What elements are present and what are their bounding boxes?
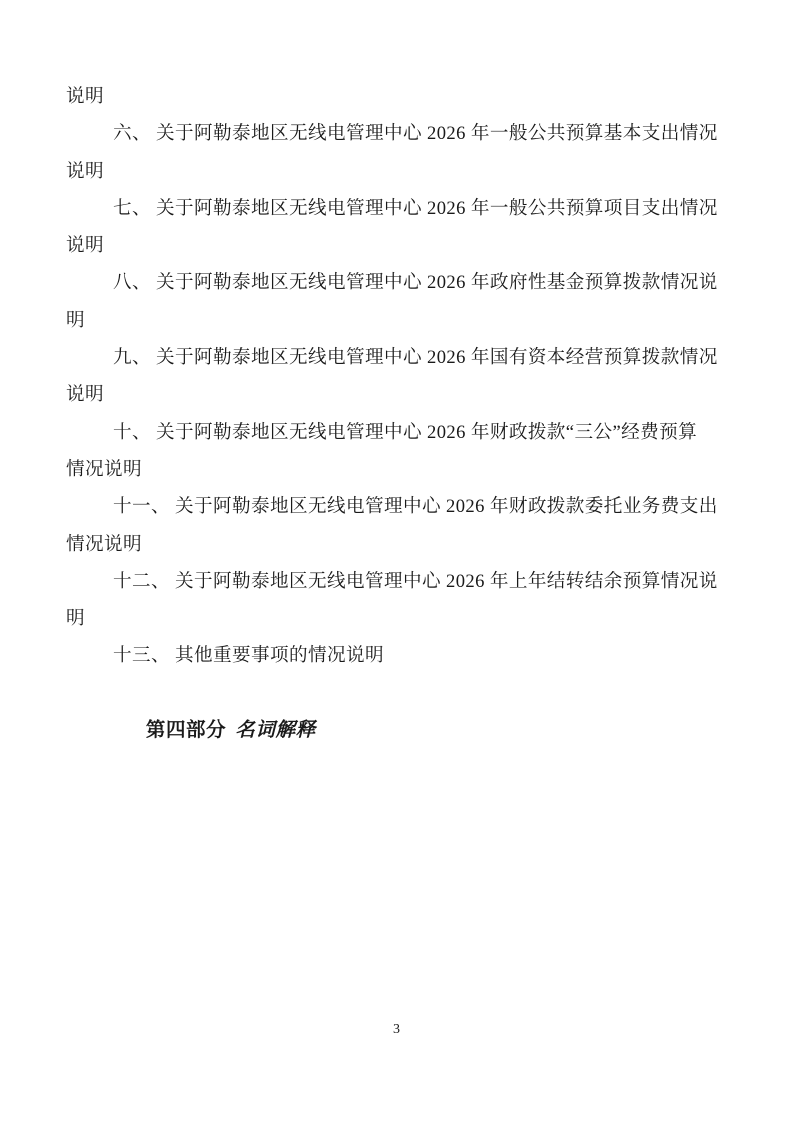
toc-item-12: 十二、 关于阿勒泰地区无线电管理中心 2026 年上年结转结余预算情况说 [66,563,726,600]
section-heading: 第四部分名词解释 [66,675,726,712]
toc-item-7: 七、 关于阿勒泰地区无线电管理中心 2026 年一般公共预算项目支出情况 [66,190,726,227]
section-heading-number: 第四部分 [146,719,226,741]
toc-continuation: 说明 [66,227,726,264]
toc-item-6: 六、 关于阿勒泰地区无线电管理中心 2026 年一般公共预算基本支出情况 [66,115,726,152]
document-page: 说明 六、 关于阿勒泰地区无线电管理中心 2026 年一般公共预算基本支出情况 … [0,0,793,1122]
toc-continuation: 情况说明 [66,451,726,488]
toc-item-8: 八、 关于阿勒泰地区无线电管理中心 2026 年政府性基金预算拨款情况说 [66,264,726,301]
toc-item-13: 十三、 其他重要事项的情况说明 [66,637,726,674]
toc-continuation: 说明 [66,153,726,190]
toc-continuation: 情况说明 [66,526,726,563]
toc-continuation: 说明 [66,78,726,115]
page-number: 3 [0,1020,793,1040]
toc-continuation: 明 [66,302,726,339]
toc-item-10: 十、 关于阿勒泰地区无线电管理中心 2026 年财政拨款“三公”经费预算 [66,414,726,451]
toc-item-11: 十一、 关于阿勒泰地区无线电管理中心 2026 年财政拨款委托业务费支出 [66,488,726,525]
toc-continuation: 明 [66,600,726,637]
toc-item-9: 九、 关于阿勒泰地区无线电管理中心 2026 年国有资本经营预算拨款情况 [66,339,726,376]
document-body: 说明 六、 关于阿勒泰地区无线电管理中心 2026 年一般公共预算基本支出情况 … [66,78,726,712]
section-heading-title: 名词解释 [235,720,315,741]
toc-continuation: 说明 [66,376,726,413]
